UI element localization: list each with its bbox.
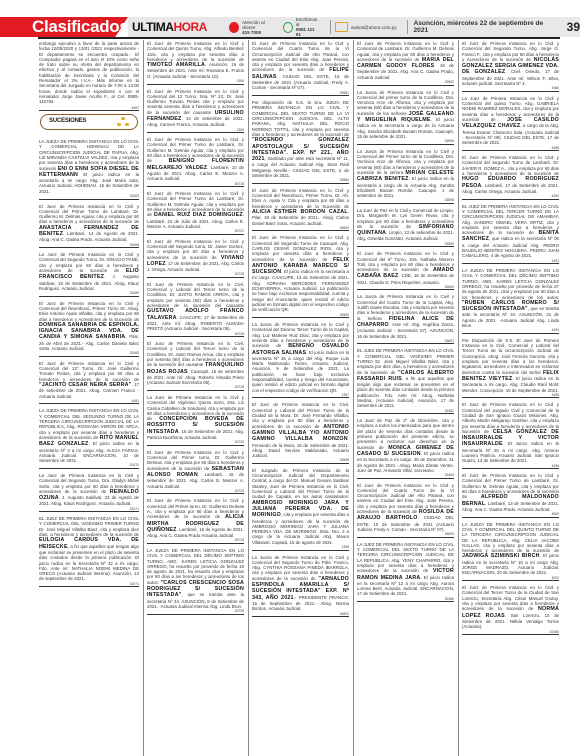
notice-body: EL JUEZ DE PRIMERA INSTANCIA EN LO CIVIL…: [357, 348, 454, 408]
notice-text: El Juzgado de Primera Instancia de la Ci…: [252, 468, 349, 499]
notice-body: El Juez de Primera Instancia en lo Civil…: [252, 188, 349, 226]
legal-notice: embargo ejecutivo a favor de la parte ac…: [38, 40, 140, 111]
notice-body: El Juez de Primera Instancia en lo Civil…: [462, 585, 559, 629]
notice-id: 1360: [147, 128, 244, 134]
notice-id: 26602: [252, 612, 349, 618]
legal-notice: El Juez de Primera Instancia en lo Civil…: [461, 154, 560, 200]
legal-notice: EL JUEZ DE PRIMERA INSTANCIA EN LO CIVIL…: [38, 515, 140, 587]
legal-notice: El Juez de Primera Instancia en lo Civil…: [461, 472, 560, 518]
notice-body: La Juez de Primera Instancia en lo Civil…: [39, 252, 139, 291]
legal-notice: Por disposición de S.S. la Sra. JUEZA DE…: [251, 99, 350, 184]
notice-id: 4494: [462, 328, 559, 334]
notice-id: 1357: [252, 393, 349, 399]
notice-id: 32465: [39, 351, 139, 357]
legal-notice: EL JUEZ DE PRIMERA INSTANCIA EN LO CIVIL…: [461, 203, 560, 264]
notice-id: 32460: [462, 630, 559, 636]
notice-decedent-name: TIMOTEO AMARILLA: [147, 62, 205, 68]
notice-body: El Juez de Primera Instancia en lo Civil…: [147, 89, 244, 128]
legal-notice: El Juez de Primera Instancia en lo Civil…: [38, 203, 140, 249]
notice-id: 1350: [147, 79, 244, 85]
contact-phone: Atención al cliente415 7000: [229, 20, 277, 35]
contact-whatsapp: Escríbinos al0981 111 01: [283, 17, 321, 37]
notice-id: 32463: [357, 473, 454, 479]
notice-body: Por disposición de S.S. la Sra. JUEZA DE…: [252, 100, 349, 178]
legal-notice: El Juez de Primera Instancia en lo Civil…: [461, 584, 560, 635]
notice-id: 26601: [357, 339, 454, 345]
legal-notice: La Juez de Paz de 2º de Diciembre, cita …: [356, 417, 455, 478]
publication-date: Asunción, miércoles 22 de septiembre de …: [413, 20, 549, 34]
legal-notice: El Juez de Primera Instancia en lo Civil…: [251, 40, 350, 96]
notice-body: El Juez de Primera Instancia en lo Civil…: [147, 282, 244, 332]
notice-text: El Juez de Primera Instancia en lo Civil…: [252, 188, 349, 209]
column-5: El Juez de Primera Instancia en lo Civil…: [458, 40, 560, 756]
contact-email-value: avisos@uhora.com.py: [351, 25, 397, 30]
notice-text: , tramitado por ante esta secretaría Nº …: [252, 156, 349, 178]
notice-id: 26590: [252, 226, 349, 232]
notice-body: embargo ejecutivo a favor de la parte ac…: [39, 41, 139, 106]
notice-body: La Juez de Paz de 2º de Diciembre, cita …: [357, 418, 454, 473]
legal-notice: La Juez de Paz en lo Civil y Comercial d…: [356, 207, 455, 247]
notice-id: 32469: [39, 291, 139, 297]
notice-id: 26598: [357, 198, 454, 204]
notice-body: El Juez de Primera Instancia en lo Civil…: [147, 498, 244, 538]
notice-id: 26599: [357, 242, 454, 248]
notice-id: 26733: [147, 489, 244, 495]
contact-phone-value: 415 7000: [242, 30, 261, 35]
notice-id: 4496: [462, 393, 559, 399]
column-1: embargo ejecutivo a favor de la parte ac…: [38, 40, 140, 756]
notice-id: 32471: [39, 582, 139, 588]
notice-id: 26728: [147, 272, 244, 278]
notice-body: EL JUEZ DE PRIMERA INSTANCIA EN LO CIVIL…: [462, 204, 559, 259]
notice-body: LA JUEZA DE PRIMERA INSTANCIA EN LO CIVI…: [462, 268, 559, 328]
notice-id: 4498: [462, 464, 559, 470]
notice-id: 4488: [462, 146, 559, 152]
legal-notice: El Juez de Primera Instancia en lo Civil…: [146, 136, 245, 187]
notice-body: La Jueza de Primera Instancia en lo Civi…: [252, 555, 349, 612]
notice-body: El Juez de Primera Instancia en lo Civil…: [39, 361, 139, 399]
notice-body: El Juez de Primera Instancia en lo Civil…: [252, 235, 349, 312]
notice-text: . El juicio radica en la secretaría a mi…: [252, 269, 349, 312]
notice-body: LA JUEZA DE PRIMERA INSTANCIA EN LO CIVI…: [462, 522, 559, 576]
notice-id: 32470: [39, 463, 139, 469]
legal-notice: El Juez de Primera Instancia en lo Civil…: [146, 88, 245, 134]
notice-text: El Juez de Primera Instancia en lo Civil…: [39, 301, 139, 322]
legal-notice: El Juez de Primera Instancia en lo Civil…: [146, 238, 245, 278]
section-header-sucesiones: SUCESIONES: [40, 114, 138, 130]
notice-id: 1358: [252, 545, 349, 551]
notice-body: La Juez de Paz en lo Civil y Comercial d…: [357, 208, 454, 242]
notice-text: El Juez de Primera Instancia en lo Civil…: [147, 282, 244, 308]
notice-body: El Juez de Primera Instancia en lo Civil…: [462, 473, 559, 512]
notice-id: 32468: [39, 243, 139, 249]
legal-notice: El Juez de Primera Instancia en lo Civil…: [146, 281, 245, 337]
notice-text: . El juicio radica en la secretaría Nº 2…: [252, 350, 349, 393]
legal-notice: El Juez de Primera Instancia en lo Civil…: [146, 40, 245, 85]
notice-text: embargo ejecutivo a favor de la parte ac…: [39, 41, 139, 104]
notice-id: 26735: [147, 538, 244, 544]
header-info-bar: ULTIMAHORA Atención al cliente415 7000 E…: [128, 17, 580, 37]
legal-notice: La Jueza de Primera Instancia en lo Civi…: [356, 293, 455, 344]
page-number: 39: [567, 20, 580, 34]
notice-decedent-name: DANIEL RUIZ DIAZ DOMINGUEZ: [154, 212, 243, 218]
notice-id: 26592: [357, 80, 454, 86]
notice-body: El Juez de Primera Instancia en lo Civil…: [39, 301, 139, 352]
notice-id: 4502: [462, 576, 559, 582]
contact-whatsapp-value: 0981 111 01: [296, 27, 315, 37]
notice-body: El Juez de Primera Instancia en lo Civil…: [357, 41, 454, 80]
notice-body: Por Disposición de S.S. El Juez de Prime…: [462, 338, 559, 393]
legal-notice: LA JUEZA DE PRIMERA INSTANCIA EN LO CIVI…: [146, 547, 245, 615]
notice-text: EL JUEZ DE PRIMERA INSTANCIA EN LO CIVIL…: [39, 516, 139, 537]
notice-body: LA JUEZA DE PRIMERA INSTANCIA EN LO CIVI…: [39, 408, 139, 463]
notice-id: 4492: [462, 259, 559, 265]
notice-body: El Juez de Primera Instancia en lo Civil…: [147, 341, 244, 385]
notice-body: El Juez de Primera Instancia en lo Civil…: [147, 191, 244, 229]
notice-body: El Juez de Primera Instancia en lo Civil…: [147, 137, 244, 181]
legal-notice: Por Disposición de S.S. El Juez de Prime…: [461, 337, 560, 398]
notice-body: El Juez de Primera Instancia en lo Civil…: [147, 239, 244, 273]
legal-notice: El Juez de Primera Instancia en lo Civil…: [146, 497, 245, 544]
notice-id: 26718: [147, 182, 244, 188]
logo-hora-text: HORA: [173, 20, 206, 34]
notice-body: La Juez de Primera Instancia en lo Civil…: [39, 473, 139, 507]
notice-id: 32466: [357, 597, 454, 603]
notice-body: El Juez de Primera Instancia en lo Civil…: [357, 251, 454, 285]
notice-text: El Juez de Primera Instancia en lo Civil…: [39, 361, 139, 382]
legal-notice: El Juez de Primera Instancia en lo Civil…: [38, 300, 140, 357]
notice-body: El Juez de Primera Instancia en lo Civil…: [462, 41, 559, 86]
notice-body: La Juez de Primera Instancia en lo Civil…: [147, 395, 244, 440]
column-2: El Juez de Primera Instancia en lo Civil…: [143, 40, 245, 756]
notice-id: 26600: [357, 285, 454, 291]
notice-id: 26728: [147, 332, 244, 338]
legal-notice: El Juez de Primera Instancia en lo Civil…: [146, 340, 245, 391]
notice-body: La Juez de Primera Instancia en lo Civil…: [462, 96, 559, 146]
notice-id: 4467: [39, 106, 139, 112]
header-divider: [330, 20, 331, 34]
contact-phone-label: Atención al cliente: [242, 20, 265, 30]
notice-body: LA JUEZA DE PRIMERA INSTANCIA EN LO CIVI…: [39, 139, 139, 194]
notice-body: La Jueza de Primera Instancia en lo Civi…: [357, 149, 454, 199]
notice-id: 26598: [252, 458, 349, 464]
legal-notice: El Juez de Primera Instancia en lo Civil…: [146, 190, 245, 235]
legal-notice: LA JUEZA DE PRIMERA INSTANCIA EN LO CIVI…: [38, 138, 140, 199]
notice-id: 32463: [39, 194, 139, 200]
notice-text: El Juez de Primera Instancia en lo Civil…: [147, 41, 244, 62]
legal-notice: El Juez de Primera Instancia en lo Civil…: [251, 234, 350, 318]
notice-decedent-name: JADWIGA SZIMINSKI BIRCH: [462, 553, 540, 559]
legal-notice: El Juzgado de Primera Instancia de la Ci…: [251, 467, 350, 551]
ultima-hora-logo: ULTIMAHORA: [132, 20, 207, 34]
page-header: Clasificados ULTIMAHORA Atención al clie…: [0, 17, 580, 37]
legal-notice: La Jueza de Primera Instancia en lo Civi…: [251, 321, 350, 398]
family-tree-icon: [117, 117, 129, 127]
notice-decedent-name: ALICIA ESTHER BORDON CAZAL: [252, 209, 348, 215]
notice-body: El Juez de Primera Instancia en lo Civil…: [462, 155, 559, 194]
whatsapp-icon: [283, 22, 293, 33]
notice-id: 4490: [462, 194, 559, 200]
notice-body: El Juez de Primera Instancia en lo Civil…: [462, 402, 559, 463]
notice-text: LA JUEZA DE PRIMERA INSTANCIA EN LO CIVI…: [462, 268, 559, 299]
classifieds-columns: embargo ejecutivo a favor de la parte ac…: [38, 40, 561, 756]
notice-body: El Juez de Primera Instancia en lo Civil…: [252, 41, 349, 91]
notice-id: 4500: [462, 512, 559, 518]
legal-notice: El Juez de Primera Instancia en lo Civil…: [356, 250, 455, 290]
legal-notice: La Juez de Primera Instancia en lo Civil…: [38, 251, 140, 297]
notice-body: La Jueza de Primera Instancia en lo Civi…: [357, 294, 454, 338]
notice-id: 26739: [147, 609, 244, 615]
notice-id: 26581: [252, 91, 349, 97]
notice-id: 26592: [252, 313, 349, 319]
legal-notice: La Juez de Primera Instancia en lo Civil…: [461, 95, 560, 151]
contact-email: avisos@uhora.com.py: [335, 22, 397, 32]
notice-body: EL JUEZ DE PRIMERA INSTANCIA EN LO CIVIL…: [39, 516, 139, 582]
notice-body: La Jueza de Primera Instancia en lo Civi…: [252, 322, 349, 393]
section-banner: Clasificados: [0, 17, 128, 37]
notice-id: 26730: [147, 440, 244, 446]
notice-body: El Juez de Primera Instancia en lo Civil…: [147, 41, 244, 79]
notice-id: 26722: [147, 229, 244, 235]
notice-id: 4481: [39, 399, 139, 405]
notice-id: 32471: [39, 507, 139, 513]
notice-body: LA JUEZA DE PRIMERA INSTANCIA EN LO CIVI…: [147, 548, 244, 609]
legal-notice: La Juez de Primera Instancia en lo Civil…: [38, 472, 140, 512]
notice-decedent-name: "JACINTO CESAR NEIRA SERRA": [39, 382, 131, 388]
notice-body: El Juez de Primera Instancia en lo Civil…: [252, 402, 349, 458]
legal-notice: El Juez de Primera Instancia en lo Civil…: [461, 40, 560, 92]
notice-id: 26728: [147, 385, 244, 391]
notice-body: El Juez de Primera Instancia en lo Civil…: [357, 483, 454, 533]
legal-notice: El Juez de Primera Instancia en lo Civil…: [356, 482, 455, 538]
notice-text: La Juez de Primera Instancia en lo Civil…: [39, 252, 139, 273]
notice-text: LA JUEZA DE PRIMERA INSTANCIA EN LO CIVI…: [462, 522, 559, 553]
legal-notice: El Juez de Primera Instancia en lo Civil…: [356, 40, 455, 86]
logo-ultima-text: ULTIMA: [132, 20, 173, 34]
legal-notice: LA JUEZ DE PRIMERA INSTANCIA EN LO CIVIL…: [356, 541, 455, 602]
legal-notice: LA JUEZA DE PRIMERA INSTANCIA EN LO CIVI…: [38, 407, 140, 468]
legal-notice: El Juez de Primera Instancia en lo Civil…: [38, 360, 140, 405]
notice-id: 26584: [252, 178, 349, 184]
legal-notice: LA JUEZA DE PRIMERA INSTANCIA EN LO CIVI…: [461, 267, 560, 334]
legal-notice: La Juez de Primera Instancia en lo Civil…: [146, 394, 245, 446]
notice-body: La Jueza de Primera Instancia en lo Civi…: [357, 90, 454, 140]
legal-notice: La Jueza de Primera Instancia en lo Civi…: [356, 89, 455, 145]
header-rule: [38, 37, 560, 39]
legal-notice: El Juez de Primera Instancia en lo Civil…: [251, 401, 350, 463]
notice-id: 4486: [462, 86, 559, 92]
notice-body: El Juzgado de Primera Instancia de la Ci…: [252, 468, 349, 545]
section-label: SUCESIONES: [49, 119, 86, 124]
legal-notice: El Juez de Primera Instancia en lo Civil…: [146, 449, 245, 495]
legal-notice: La Jueza de Primera Instancia en lo Civi…: [251, 554, 350, 617]
notice-text: Por disposición de S.S. la Sra. JUEZA DE…: [252, 100, 349, 137]
mail-icon: [335, 22, 348, 32]
notice-body: LA JUEZ DE PRIMERA INSTANCIA EN LO CIVIL…: [357, 542, 454, 597]
notice-body: El Juez de Primera Instancia en lo Civil…: [39, 204, 139, 243]
column-3: El Juez de Primera Instancia en lo Civil…: [248, 40, 350, 756]
notice-body: El Juez de Primera Instancia en lo Civil…: [147, 450, 244, 489]
notice-id: 32462: [357, 409, 454, 415]
legal-notice: LA JUEZA DE PRIMERA INSTANCIA EN LO CIVI…: [461, 521, 560, 581]
contact-whatsapp-label: Escríbinos al: [296, 17, 317, 27]
notice-decedent-name: DOMINGA SANABRIA DE ESPINOLA, IGNACIA SA…: [39, 322, 139, 341]
notice-text: , a fin que aquellos que tengan algo que…: [39, 544, 139, 582]
notice-text: El Juez de Primera Instancia en lo Civil…: [39, 204, 139, 225]
notice-text: El Juez de Primera Instancia en lo Civil…: [462, 155, 559, 176]
notice-id: 26603: [357, 532, 454, 538]
phone-icon: [229, 22, 239, 33]
notice-id: 26596: [357, 139, 454, 145]
header-divider: [407, 20, 408, 34]
legal-notice: EL JUEZ DE PRIMERA INSTANCIA EN LO CIVIL…: [356, 347, 455, 414]
legal-notice: El Juez de Primera Instancia en lo Civil…: [461, 401, 560, 469]
column-4: El Juez de Primera Instancia en lo Civil…: [353, 40, 455, 756]
legal-notice: La Jueza de Primera Instancia en lo Civi…: [356, 148, 455, 204]
legal-notice: El Juez de Primera Instancia en lo Civil…: [251, 187, 350, 232]
